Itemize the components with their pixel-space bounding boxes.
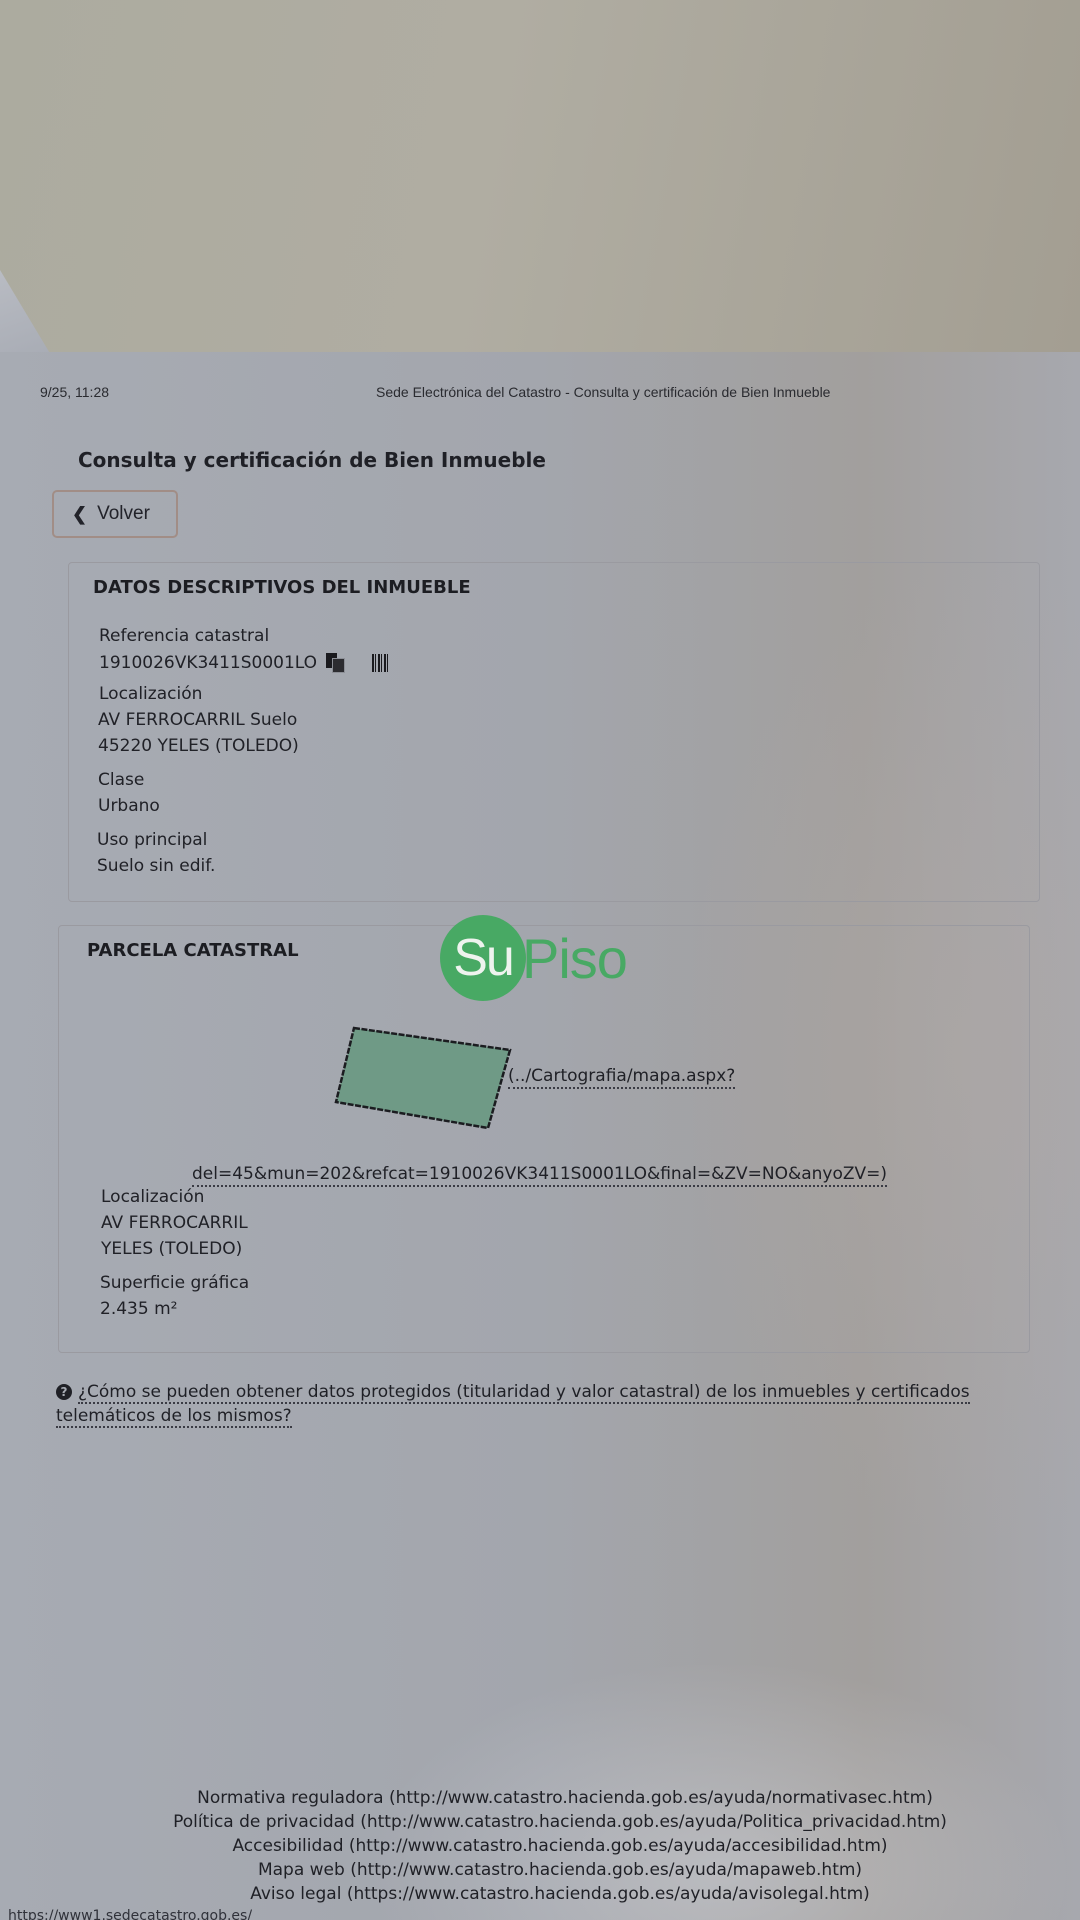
parcel-map-thumbnail[interactable] [330,1020,530,1140]
footer-link-privacidad[interactable]: Política de privacidad (http://www.catas… [40,1810,1080,1834]
superficie-value: 2.435 m² [100,1296,177,1322]
map-link-line2[interactable]: del=45&mun=202&refcat=1910026VK3411S0001… [192,1164,887,1187]
referencia-label: Referencia catastral [99,623,269,649]
photo-background [0,0,1080,360]
chevron-left-icon: ❮ [72,504,87,525]
parcela-localizacion-line1: AV FERROCARRIL [101,1210,248,1236]
footer-link-aviso-legal[interactable]: Aviso legal (https://www.catastro.hacien… [40,1882,1080,1906]
watermark-text: Piso [522,926,627,991]
print-page-title: Sede Electrónica del Catastro - Consulta… [376,384,830,400]
footer-links: Normativa reguladora (http://www.catastr… [0,1786,1080,1906]
help-link-text[interactable]: ¿Cómo se pueden obtener datos protegidos… [56,1382,970,1428]
parcela-title: PARCELA CATASTRAL [87,940,299,961]
referencia-value: 1910026VK3411S0001LO [99,653,317,673]
superficie-label: Superficie gráfica [100,1270,249,1296]
supiso-watermark: Su Piso [440,915,627,1001]
datos-descriptivos-title: DATOS DESCRIPTIVOS DEL INMUEBLE [93,577,471,598]
question-circle-icon: ? [56,1384,72,1400]
uso-value: Suelo sin edif. [97,853,215,879]
footer-link-normativa[interactable]: Normativa reguladora (http://www.catastr… [50,1786,1080,1810]
print-datetime: 9/25, 11:28 [40,384,109,400]
copy-icon[interactable] [326,653,344,673]
print-url-cut: https://www1.sedecatastro.gob.es/ [8,1908,252,1920]
barcode-icon[interactable] [372,654,390,672]
footer-link-mapa-web[interactable]: Mapa web (http://www.catastro.hacienda.g… [40,1858,1080,1882]
localizacion-line1: AV FERROCARRIL Suelo [98,707,297,733]
back-button-label: Volver [97,503,150,525]
footer-link-accesibilidad[interactable]: Accesibilidad (http://www.catastro.hacie… [40,1834,1080,1858]
clase-label: Clase [98,767,144,793]
watermark-circle: Su [440,915,526,1001]
map-link-line1[interactable]: (../Cartografia/mapa.aspx? [508,1066,735,1089]
parcela-localizacion-label: Localización [101,1184,204,1210]
referencia-row: 1910026VK3411S0001LO [99,650,390,676]
help-question[interactable]: ?¿Cómo se pueden obtener datos protegido… [56,1380,1016,1428]
datos-descriptivos-panel: DATOS DESCRIPTIVOS DEL INMUEBLE Referenc… [68,562,1040,902]
localizacion-line2: 45220 YELES (TOLEDO) [98,733,299,759]
page-title: Consulta y certificación de Bien Inmuebl… [78,448,546,472]
clase-value: Urbano [98,793,160,819]
uso-label: Uso principal [97,827,207,853]
back-button[interactable]: ❮ Volver [52,490,178,538]
localizacion-label: Localización [99,681,202,707]
parcela-localizacion-line2: YELES (TOLEDO) [101,1236,242,1262]
